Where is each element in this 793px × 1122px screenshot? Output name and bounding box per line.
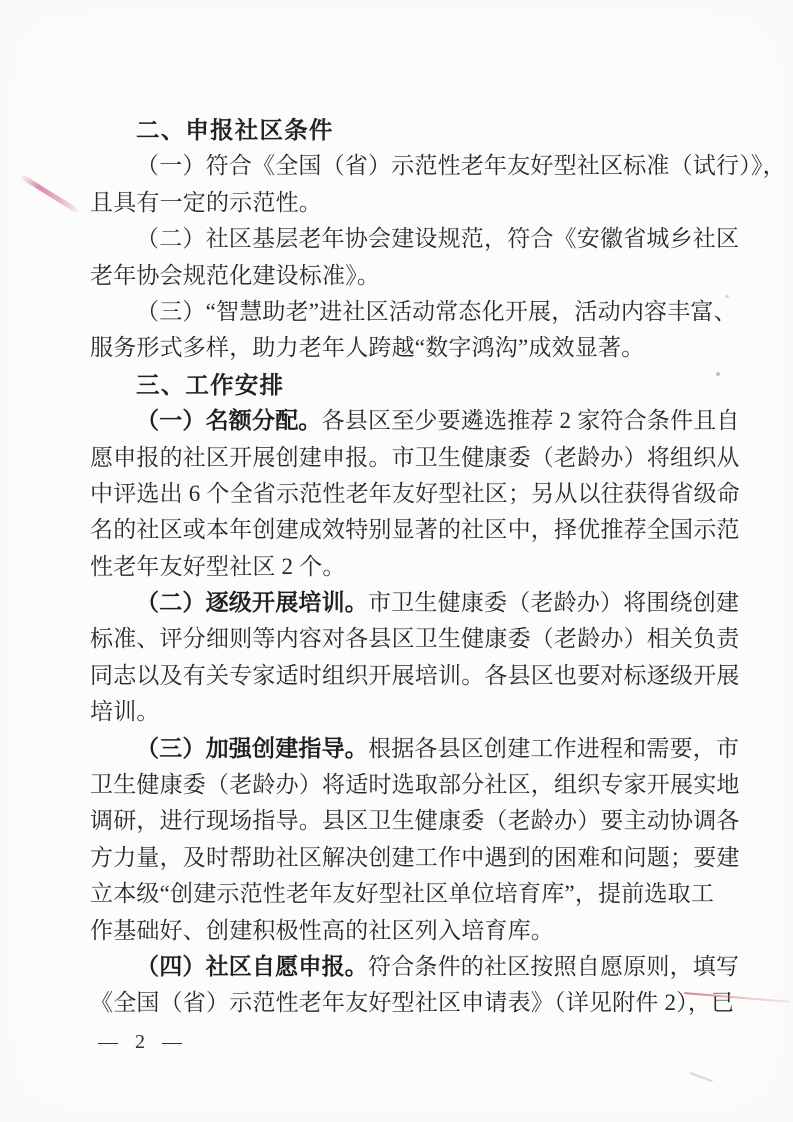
paragraph-lead: （二）逐级开展培训。 (136, 590, 368, 615)
text-line: （二）社区基层老年协会建设规范，符合《安徽省城乡社区 (90, 221, 750, 257)
text-line: 愿申报的社区开展创建申报。市卫生健康委（老龄办）将组织从 (90, 440, 750, 476)
text-line: （三）“智慧助老”进社区活动常态化开展，活动内容丰富、 (90, 294, 750, 330)
text-line: 立本级“创建示范性老年友好型社区单位培育库”，提前选取工 (90, 876, 750, 912)
pink-pen-stroke (21, 174, 80, 213)
text-line: 老年协会规范化建设标准》。 (90, 258, 750, 294)
paragraph-lead: （四）社区自愿申报。 (136, 954, 368, 979)
text-line: 方力量，及时帮助社区解决创建工作中遇到的困难和问题；要建 (90, 840, 750, 876)
text-line: （一）符合《全国（省）示范性老年友好型社区标准（试行）》， (90, 148, 750, 184)
paragraph-lead: （三）加强创建指导。 (136, 736, 368, 761)
line-text: 符合条件的社区按照自愿原则，填写 (368, 954, 739, 979)
text-line: 卫生健康委（老龄办）将适时选取部分社区，组织专家开展实地 (90, 767, 750, 803)
text-line: 中评选出 6 个全省示范性老年友好型社区；另从以往获得省级命 (90, 476, 750, 512)
text-line: 标准、评分细则等内容对各县区卫生健康委（老龄办）相关负责 (90, 621, 750, 657)
text-line: 调研，进行现场指导。县区卫生健康委（老龄办）要主动协调各 (90, 803, 750, 839)
paragraph-lead: （一）名额分配。 (136, 408, 322, 433)
text-line: 性老年友好型社区 2 个。 (90, 549, 750, 585)
text-line: 作基础好、创建积极性高的社区列入培育库。 (90, 913, 750, 949)
paragraph-first-line: （二）逐级开展培训。市卫生健康委（老龄办）将围绕创建 (90, 585, 750, 621)
text-line: 服务形式多样，助力老年人跨越“数字鸿沟”成效显著。 (90, 330, 750, 366)
line-text: 各县区至少要遴选推荐 2 家符合条件且自 (322, 408, 740, 433)
line-text: 根据各县区创建工作进程和需要，市 (368, 736, 739, 761)
text-line: 同志以及有关专家适时组织开展培训。各县区也要对标逐级开展 (90, 658, 750, 694)
paragraph-first-line: （三）加强创建指导。根据各县区创建工作进程和需要，市 (90, 731, 750, 767)
text-line: 名的社区或本年创建成效特别显著的社区中，择优推荐全国示范 (90, 512, 750, 548)
section-heading-3: 三、工作安排 (90, 367, 750, 403)
faint-pen-mark (690, 1072, 713, 1082)
paragraph-first-line: （一）名额分配。各县区至少要遴选推荐 2 家符合条件且自 (90, 403, 750, 439)
text-line: 《全国（省）示范性老年友好型社区申请表》（详见附件 2），已 (90, 985, 750, 1021)
text-line: 且具有一定的示范性。 (90, 185, 750, 221)
document-page: 二、申报社区条件 （一）符合《全国（省）示范性老年友好型社区标准（试行）》， 且… (0, 0, 793, 1122)
paragraph-first-line: （四）社区自愿申报。符合条件的社区按照自愿原则，填写 (90, 949, 750, 985)
section-heading-2: 二、申报社区条件 (90, 112, 750, 148)
text-line: 培训。 (90, 694, 750, 730)
document-body: 二、申报社区条件 （一）符合《全国（省）示范性老年友好型社区标准（试行）》， 且… (90, 112, 750, 1022)
line-text: 市卫生健康委（老龄办）将围绕创建 (368, 590, 739, 615)
page-number: — 2 — (98, 1031, 185, 1054)
